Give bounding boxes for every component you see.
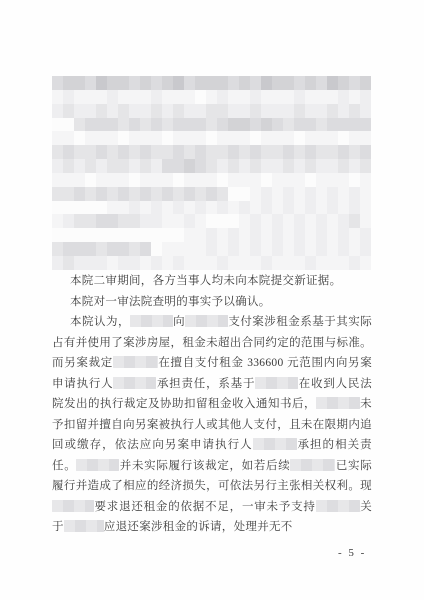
mosaic-cell xyxy=(228,256,239,270)
mosaic-cell xyxy=(272,214,283,228)
mosaic-cell xyxy=(63,159,74,173)
mosaic-cell xyxy=(327,173,338,187)
mosaic-cell xyxy=(360,228,371,242)
mosaic-cell xyxy=(217,173,228,187)
mosaic-cell xyxy=(140,145,151,159)
mosaic-cell xyxy=(173,76,184,90)
mosaic-cell xyxy=(107,228,118,242)
mosaic-cell xyxy=(327,104,338,118)
mosaic-cell xyxy=(195,256,206,270)
mosaic-cell xyxy=(96,118,107,132)
mosaic-cell xyxy=(360,256,371,270)
mosaic-cell xyxy=(316,118,327,132)
mosaic-cell xyxy=(85,90,96,104)
mosaic-cell xyxy=(52,242,63,256)
mosaic-cell xyxy=(52,76,63,90)
mosaic-cell xyxy=(316,256,327,270)
mosaic-cell xyxy=(184,256,195,270)
mosaic-cell xyxy=(250,131,261,145)
mosaic-cell xyxy=(261,201,272,215)
mosaic-cell xyxy=(63,201,74,215)
mosaic-cell xyxy=(250,104,261,118)
mosaic-cell xyxy=(305,118,316,132)
mosaic-cell xyxy=(162,104,173,118)
mosaic-cell xyxy=(349,228,360,242)
mosaic-cell xyxy=(316,242,327,256)
redacted-name-box xyxy=(52,500,94,512)
mosaic-cell xyxy=(239,201,250,215)
mosaic-cell xyxy=(85,228,96,242)
mosaic-cell xyxy=(118,256,129,270)
mosaic-cell xyxy=(360,118,371,132)
mosaic-cell xyxy=(228,159,239,173)
mosaic-cell xyxy=(74,145,85,159)
mosaic-cell xyxy=(228,118,239,132)
mosaic-cell xyxy=(151,256,162,270)
mosaic-cell xyxy=(151,104,162,118)
mosaic-cell xyxy=(195,187,206,201)
mosaic-cell xyxy=(195,214,206,228)
mosaic-cell xyxy=(195,118,206,132)
mosaic-cell xyxy=(74,131,85,145)
mosaic-cell xyxy=(349,214,360,228)
mosaic-cell xyxy=(217,145,228,159)
mosaic-cell xyxy=(272,118,283,132)
mosaic-cell xyxy=(52,228,63,242)
mosaic-cell xyxy=(52,145,63,159)
mosaic-cell xyxy=(305,201,316,215)
mosaic-cell xyxy=(118,159,129,173)
mosaic-cell xyxy=(74,256,85,270)
mosaic-cell xyxy=(305,214,316,228)
mosaic-cell xyxy=(85,242,96,256)
mosaic-cell xyxy=(129,187,140,201)
mosaic-cell xyxy=(107,145,118,159)
mosaic-cell xyxy=(184,201,195,215)
mosaic-cell xyxy=(184,145,195,159)
mosaic-cell xyxy=(140,256,151,270)
mosaic-cell xyxy=(184,187,195,201)
mosaic-cell xyxy=(74,90,85,104)
mosaic-cell xyxy=(206,242,217,256)
mosaic-cell xyxy=(151,214,162,228)
mosaic-cell xyxy=(63,173,74,187)
mosaic-cell xyxy=(217,242,228,256)
mosaic-cell xyxy=(96,104,107,118)
mosaic-cell xyxy=(52,118,63,132)
mosaic-cell xyxy=(63,131,74,145)
mosaic-cell xyxy=(173,228,184,242)
mosaic-cell xyxy=(140,201,151,215)
mosaic-cell xyxy=(118,214,129,228)
mosaic-cell xyxy=(283,159,294,173)
mosaic-cell xyxy=(338,131,349,145)
mosaic-cell xyxy=(283,187,294,201)
redacted-name-box xyxy=(130,315,173,327)
mosaic-cell xyxy=(349,90,360,104)
mosaic-cell xyxy=(327,76,338,90)
mosaic-cell xyxy=(272,90,283,104)
mosaic-cell xyxy=(217,104,228,118)
mosaic-cell xyxy=(338,76,349,90)
mosaic-cell xyxy=(272,201,283,215)
mosaic-cell xyxy=(283,118,294,132)
mosaic-cell xyxy=(195,104,206,118)
mosaic-cell xyxy=(217,228,228,242)
mosaic-cell xyxy=(140,131,151,145)
mosaic-cell xyxy=(52,173,63,187)
mosaic-cell xyxy=(195,173,206,187)
mosaic-cell xyxy=(206,228,217,242)
mosaic-cell xyxy=(129,90,140,104)
mosaic-cell xyxy=(360,187,371,201)
mosaic-cell xyxy=(85,118,96,132)
mosaic-cell xyxy=(162,228,173,242)
mosaic-cell xyxy=(239,159,250,173)
mosaic-cell xyxy=(206,173,217,187)
redacted-header-mosaic xyxy=(52,76,371,270)
mosaic-cell xyxy=(140,173,151,187)
mosaic-cell xyxy=(217,201,228,215)
mosaic-cell xyxy=(217,131,228,145)
mosaic-cell xyxy=(173,131,184,145)
mosaic-cell xyxy=(184,90,195,104)
mosaic-cell xyxy=(206,131,217,145)
mosaic-cell xyxy=(217,90,228,104)
redacted-name-box xyxy=(255,377,298,389)
mosaic-cell xyxy=(239,118,250,132)
mosaic-cell xyxy=(360,201,371,215)
mosaic-cell xyxy=(294,145,305,159)
mosaic-cell xyxy=(74,76,85,90)
mosaic-cell xyxy=(184,228,195,242)
mosaic-cell xyxy=(85,159,96,173)
mosaic-cell xyxy=(316,131,327,145)
mosaic-cell xyxy=(52,159,63,173)
mosaic-cell xyxy=(239,90,250,104)
mosaic-cell xyxy=(239,76,250,90)
mosaic-cell xyxy=(349,159,360,173)
redacted-name-box xyxy=(113,356,158,368)
mosaic-cell xyxy=(96,256,107,270)
mosaic-cell xyxy=(118,242,129,256)
mosaic-cell xyxy=(118,76,129,90)
mosaic-cell xyxy=(294,76,305,90)
mosaic-cell xyxy=(327,159,338,173)
mosaic-cell xyxy=(272,104,283,118)
mosaic-cell xyxy=(250,159,261,173)
mosaic-cell xyxy=(173,187,184,201)
mosaic-cell xyxy=(184,131,195,145)
mosaic-cell xyxy=(129,159,140,173)
mosaic-cell xyxy=(360,76,371,90)
mosaic-cell xyxy=(184,159,195,173)
mosaic-cell xyxy=(316,90,327,104)
mosaic-cell xyxy=(96,173,107,187)
mosaic-cell xyxy=(239,187,250,201)
mosaic-cell xyxy=(294,131,305,145)
mosaic-cell xyxy=(360,145,371,159)
mosaic-cell xyxy=(52,104,63,118)
mosaic-cell xyxy=(206,90,217,104)
mosaic-cell xyxy=(338,118,349,132)
mosaic-cell xyxy=(151,201,162,215)
mosaic-cell xyxy=(250,228,261,242)
mosaic-cell xyxy=(195,242,206,256)
mosaic-cell xyxy=(349,104,360,118)
mosaic-cell xyxy=(107,187,118,201)
mosaic-cell xyxy=(239,104,250,118)
paragraph: 本院认为，向支付案涉租金系基于其实际占有并使用了案涉房屋，租金未超出合同约定的范… xyxy=(52,312,372,538)
mosaic-cell xyxy=(162,145,173,159)
mosaic-cell xyxy=(360,173,371,187)
mosaic-cell xyxy=(129,131,140,145)
mosaic-cell xyxy=(327,145,338,159)
mosaic-cell xyxy=(349,187,360,201)
mosaic-cell xyxy=(338,187,349,201)
mosaic-cell xyxy=(250,242,261,256)
mosaic-cell xyxy=(96,214,107,228)
mosaic-cell xyxy=(107,201,118,215)
mosaic-cell xyxy=(261,228,272,242)
mosaic-cell xyxy=(228,90,239,104)
mosaic-cell xyxy=(327,187,338,201)
mosaic-cell xyxy=(305,145,316,159)
mosaic-cell xyxy=(173,256,184,270)
mosaic-cell xyxy=(316,228,327,242)
mosaic-cell xyxy=(96,187,107,201)
mosaic-cell xyxy=(272,187,283,201)
mosaic-cell xyxy=(184,118,195,132)
mosaic-cell xyxy=(228,214,239,228)
mosaic-cell xyxy=(360,214,371,228)
redacted-name-box xyxy=(290,459,335,471)
mosaic-cell xyxy=(151,76,162,90)
mosaic-cell xyxy=(63,228,74,242)
mosaic-cell xyxy=(96,242,107,256)
mosaic-cell xyxy=(173,159,184,173)
mosaic-cell xyxy=(272,173,283,187)
mosaic-cell xyxy=(283,173,294,187)
paragraph: 本院对一审法院查明的事实予以确认。 xyxy=(52,292,372,313)
mosaic-cell xyxy=(360,104,371,118)
text-segment: 本院二审期间，各方当事人均未向本院提交新证据。 xyxy=(70,275,341,287)
mosaic-cell xyxy=(228,104,239,118)
mosaic-cell xyxy=(261,104,272,118)
mosaic-cell xyxy=(261,159,272,173)
mosaic-cell xyxy=(184,173,195,187)
mosaic-cell xyxy=(129,256,140,270)
mosaic-cell xyxy=(118,118,129,132)
mosaic-cell xyxy=(151,131,162,145)
mosaic-cell xyxy=(327,201,338,215)
mosaic-cell xyxy=(63,145,74,159)
mosaic-cell xyxy=(360,131,371,145)
mosaic-cell xyxy=(107,104,118,118)
mosaic-cell xyxy=(96,76,107,90)
mosaic-cell xyxy=(52,90,63,104)
mosaic-cell xyxy=(261,90,272,104)
redacted-name-box xyxy=(316,397,360,409)
mosaic-cell xyxy=(250,201,261,215)
mosaic-cell xyxy=(316,104,327,118)
mosaic-cell xyxy=(129,228,140,242)
mosaic-cell xyxy=(173,201,184,215)
mosaic-cell xyxy=(316,187,327,201)
mosaic-cell xyxy=(283,214,294,228)
mosaic-cell xyxy=(305,256,316,270)
mosaic-cell xyxy=(195,131,206,145)
mosaic-cell xyxy=(272,159,283,173)
mosaic-cell xyxy=(52,201,63,215)
mosaic-cell xyxy=(316,201,327,215)
mosaic-cell xyxy=(338,242,349,256)
mosaic-cell xyxy=(140,159,151,173)
text-segment: 并未实际履行该裁定，如若后续 xyxy=(119,460,290,472)
mosaic-cell xyxy=(63,90,74,104)
mosaic-cell xyxy=(349,76,360,90)
mosaic-cell xyxy=(96,228,107,242)
mosaic-cell xyxy=(162,118,173,132)
mosaic-cell xyxy=(118,173,129,187)
mosaic-cell xyxy=(250,214,261,228)
mosaic-cell xyxy=(360,242,371,256)
mosaic-cell xyxy=(217,187,228,201)
mosaic-cell xyxy=(129,145,140,159)
mosaic-cell xyxy=(195,145,206,159)
mosaic-cell xyxy=(228,187,239,201)
mosaic-cell xyxy=(261,131,272,145)
mosaic-cell xyxy=(349,242,360,256)
mosaic-cell xyxy=(283,131,294,145)
mosaic-cell xyxy=(250,118,261,132)
redacted-name-box xyxy=(64,520,104,532)
redacted-name-box xyxy=(76,459,119,471)
mosaic-cell xyxy=(283,256,294,270)
mosaic-cell xyxy=(140,242,151,256)
mosaic-cell xyxy=(261,256,272,270)
mosaic-cell xyxy=(162,214,173,228)
mosaic-cell xyxy=(173,118,184,132)
mosaic-cell xyxy=(107,173,118,187)
mosaic-cell xyxy=(96,131,107,145)
mosaic-cell xyxy=(316,76,327,90)
mosaic-cell xyxy=(74,228,85,242)
mosaic-cell xyxy=(140,187,151,201)
mosaic-cell xyxy=(129,173,140,187)
mosaic-cell xyxy=(272,256,283,270)
mosaic-cell xyxy=(349,256,360,270)
mosaic-cell xyxy=(283,145,294,159)
mosaic-cell xyxy=(294,90,305,104)
mosaic-cell xyxy=(206,104,217,118)
paragraph: 本院二审期间，各方当事人均未向本院提交新证据。 xyxy=(52,271,372,292)
mosaic-cell xyxy=(206,118,217,132)
mosaic-cell xyxy=(63,104,74,118)
mosaic-cell xyxy=(85,173,96,187)
mosaic-cell xyxy=(85,145,96,159)
mosaic-cell xyxy=(206,201,217,215)
mosaic-cell xyxy=(327,256,338,270)
mosaic-cell xyxy=(349,131,360,145)
mosaic-cell xyxy=(305,187,316,201)
mosaic-cell xyxy=(217,118,228,132)
mosaic-cell xyxy=(118,90,129,104)
mosaic-cell xyxy=(195,201,206,215)
mosaic-cell xyxy=(52,256,63,270)
mosaic-cell xyxy=(338,201,349,215)
mosaic-cell xyxy=(272,76,283,90)
mosaic-cell xyxy=(140,104,151,118)
mosaic-cell xyxy=(129,76,140,90)
mosaic-cell xyxy=(52,214,63,228)
mosaic-cell xyxy=(316,145,327,159)
mosaic-cell xyxy=(261,76,272,90)
mosaic-cell xyxy=(107,242,118,256)
mosaic-cell xyxy=(294,228,305,242)
mosaic-cell xyxy=(217,76,228,90)
mosaic-cell xyxy=(140,76,151,90)
mosaic-cell xyxy=(162,131,173,145)
mosaic-cell xyxy=(74,201,85,215)
mosaic-cell xyxy=(239,242,250,256)
mosaic-cell xyxy=(250,90,261,104)
mosaic-cell xyxy=(129,201,140,215)
mosaic-cell xyxy=(360,159,371,173)
mosaic-cell xyxy=(228,201,239,215)
mosaic-cell xyxy=(349,145,360,159)
mosaic-cell xyxy=(294,256,305,270)
mosaic-cell xyxy=(217,214,228,228)
mosaic-cell xyxy=(107,256,118,270)
mosaic-cell xyxy=(228,145,239,159)
mosaic-cell xyxy=(294,104,305,118)
mosaic-cell xyxy=(96,159,107,173)
mosaic-cell xyxy=(96,201,107,215)
mosaic-cell xyxy=(151,118,162,132)
mosaic-cell xyxy=(151,145,162,159)
mosaic-cell xyxy=(272,228,283,242)
mosaic-cell xyxy=(206,256,217,270)
mosaic-cell xyxy=(338,256,349,270)
mosaic-cell xyxy=(305,90,316,104)
mosaic-cell xyxy=(184,242,195,256)
mosaic-cell xyxy=(96,90,107,104)
mosaic-cell xyxy=(173,104,184,118)
mosaic-cell xyxy=(140,118,151,132)
text-segment: 承担责任，系基于 xyxy=(156,378,255,390)
mosaic-cell xyxy=(107,131,118,145)
mosaic-cell xyxy=(52,187,63,201)
mosaic-cell xyxy=(316,159,327,173)
mosaic-cell xyxy=(118,145,129,159)
mosaic-cell xyxy=(63,118,74,132)
mosaic-cell xyxy=(338,159,349,173)
text-segment: 本院对一审法院查明的事实予以确认。 xyxy=(70,296,271,308)
mosaic-cell xyxy=(283,228,294,242)
mosaic-cell xyxy=(63,76,74,90)
mosaic-cell xyxy=(294,173,305,187)
mosaic-cell xyxy=(63,242,74,256)
mosaic-cell xyxy=(305,104,316,118)
mosaic-cell xyxy=(327,242,338,256)
redacted-name-box xyxy=(113,377,156,389)
mosaic-cell xyxy=(74,214,85,228)
mosaic-cell xyxy=(162,159,173,173)
text-segment: 要求退还租金的依据不足，一审未予支持 xyxy=(94,501,316,513)
mosaic-cell xyxy=(118,131,129,145)
mosaic-cell xyxy=(107,159,118,173)
